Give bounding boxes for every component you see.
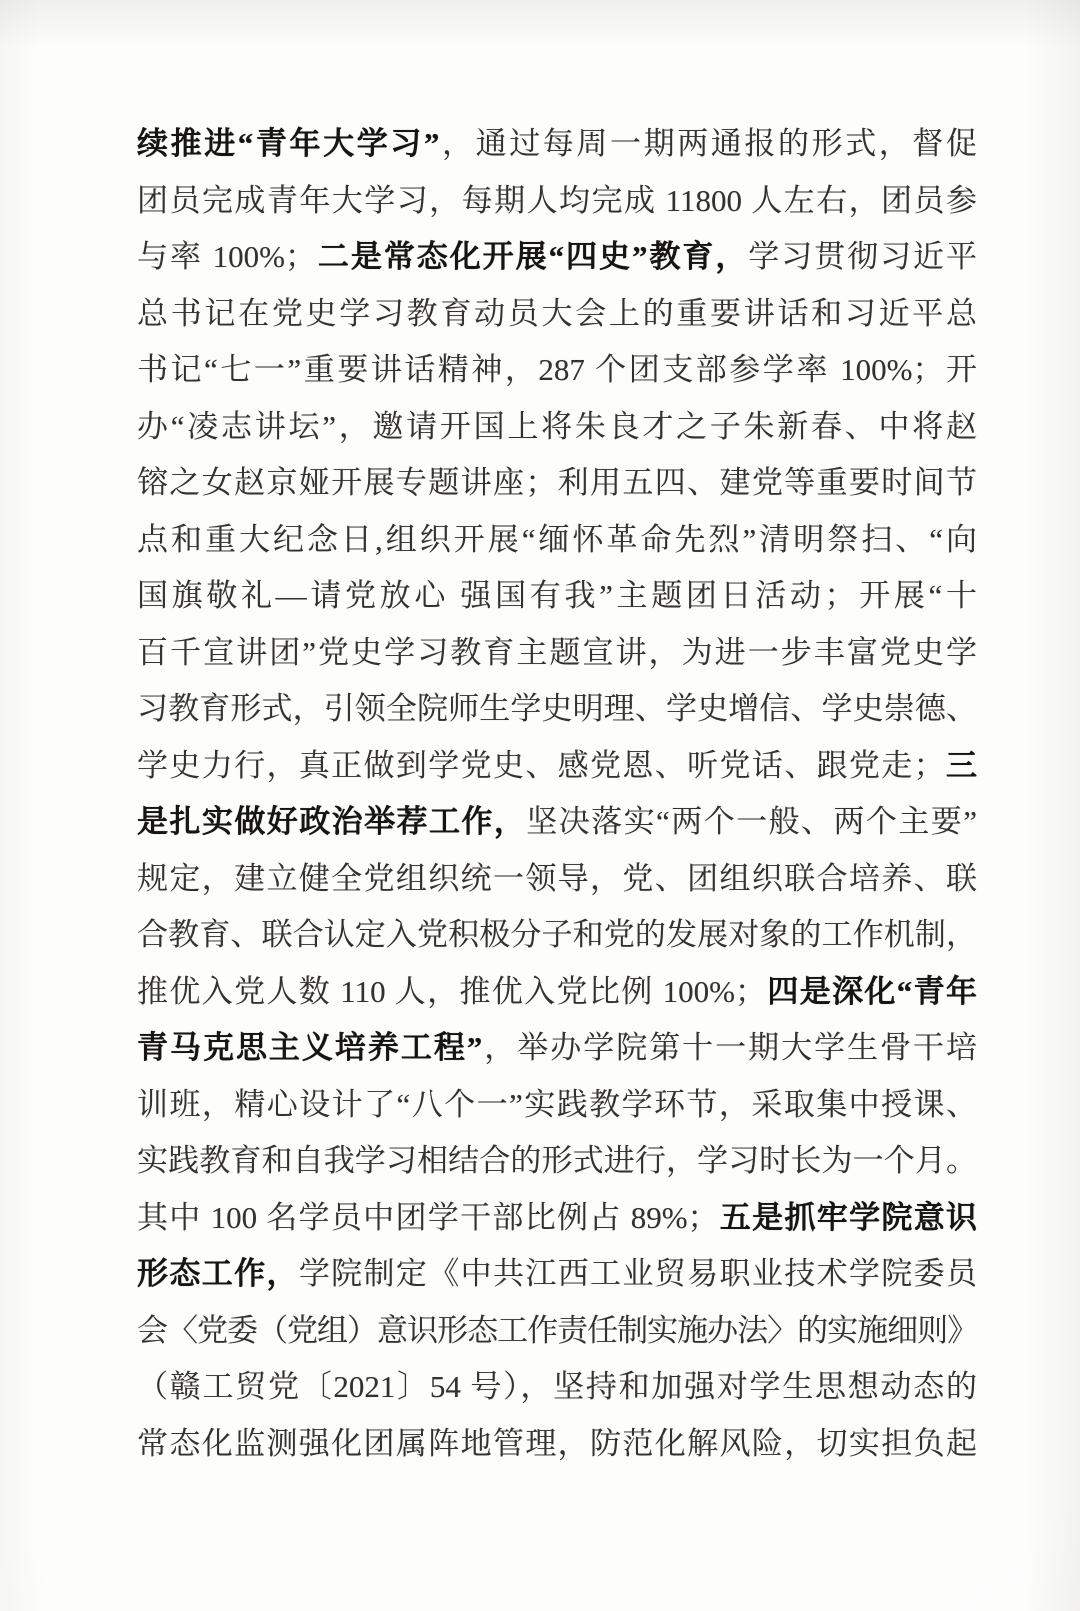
bold-text-segment: 青马克思主义培养工程” — [137, 1030, 482, 1065]
text-segment: 推优入党人数 110 人，推优入党比例 100%； — [137, 974, 766, 1009]
text-segment: 百千宣讲团”党史学习教育主题宣讲，为进一步丰富党史学 — [137, 635, 977, 670]
text-segment: 学院制定《中共江西工业贸易职业技术学院委员 — [299, 1256, 977, 1291]
text-segment: 常态化监测强化团属阵地管理，防范化解风险，切实担负起 — [137, 1426, 977, 1461]
text-line: 青马克思主义培养工程”，举办学院第十一期大学生骨干培 — [137, 1020, 977, 1077]
text-line: 会〈党委（党组）意识形态工作责任制实施办法〉的实施细则》 — [137, 1303, 977, 1360]
text-segment: 其中 100 名学员中团学干部比例占 89%； — [137, 1200, 719, 1235]
text-line: 与率 100%；二是常态化开展“四史”教育，学习贯彻习近平 — [137, 229, 977, 286]
text-segment: 办“凌志讲坛”，邀请开国上将朱良才之子朱新春、中将赵 — [137, 409, 977, 444]
text-segment: ，通过每周一期两通报的形式，督促 — [439, 126, 977, 161]
bold-text-segment: 三 — [945, 748, 977, 783]
text-line: 是扎实做好政治举荐工作，坚决落实“两个一般、两个主要” — [137, 794, 977, 851]
text-segment: （赣工贸党〔2021〕54 号），坚持和加强对学生思想动态的 — [137, 1369, 977, 1404]
bold-text-segment: 二是常态化开展“四史”教育， — [316, 239, 748, 274]
bold-text-segment: 续推进“青年大学习” — [137, 126, 439, 161]
text-line: 书记“七一”重要讲话精神，287 个团支部参学率 100%；开 — [137, 342, 977, 399]
text-segment: 镕之女赵京娅开展专题讲座；利用五四、建党等重要时间节 — [137, 465, 977, 500]
text-line: 习教育形式，引领全院师生学史明理、学史增信、学史崇德、 — [137, 681, 977, 738]
text-line: 推优入党人数 110 人，推优入党比例 100%；四是深化“青年 — [137, 964, 977, 1021]
text-line: 总书记在党史学习教育动员大会上的重要讲话和习近平总 — [137, 286, 977, 343]
text-line: 国旗敬礼—请党放心 强国有我”主题团日活动；开展“十 — [137, 568, 977, 625]
text-segment: 习教育形式，引领全院师生学史明理、学史增信、学史崇德、 — [137, 691, 977, 726]
text-line: 规定，建立健全党组织统一领导，党、团组织联合培养、联 — [137, 851, 977, 908]
text-line: 办“凌志讲坛”，邀请开国上将朱良才之子朱新春、中将赵 — [137, 399, 977, 456]
bold-text-segment: 是扎实做好政治举荐工作， — [137, 804, 526, 839]
text-segment: 训班，精心设计了“八个一”实践教学环节，采取集中授课、 — [137, 1087, 977, 1122]
bold-text-segment: 形态工作， — [137, 1256, 299, 1291]
text-segment: 规定，建立健全党组织统一领导，党、团组织联合培养、联 — [137, 861, 977, 896]
text-line: 合教育、联合认定入党积极分子和党的发展对象的工作机制， — [137, 907, 977, 964]
text-segment: 实践教育和自我学习相结合的形式进行，学习时长为一个月。 — [137, 1143, 977, 1178]
text-line: （赣工贸党〔2021〕54 号），坚持和加强对学生思想动态的 — [137, 1359, 977, 1416]
text-segment: 点和重大纪念日,组织开展“缅怀革命先烈”清明祭扫、“向 — [137, 522, 977, 557]
text-segment: 合教育、联合认定入党积极分子和党的发展对象的工作机制， — [137, 917, 977, 952]
document-page: 续推进“青年大学习”，通过每周一期两通报的形式，督促团员完成青年大学习，每期人均… — [0, 0, 1080, 1611]
text-line: 点和重大纪念日,组织开展“缅怀革命先烈”清明祭扫、“向 — [137, 512, 977, 569]
text-segment: 国旗敬礼—请党放心 强国有我”主题团日活动；开展“十 — [137, 578, 977, 613]
bold-text-segment: 五是抓牢学院意识 — [719, 1200, 977, 1235]
text-line: 常态化监测强化团属阵地管理，防范化解风险，切实担负起 — [137, 1416, 977, 1473]
text-line: 实践教育和自我学习相结合的形式进行，学习时长为一个月。 — [137, 1133, 977, 1190]
text-segment: 总书记在党史学习教育动员大会上的重要讲话和习近平总 — [137, 296, 977, 331]
bold-text-segment: 四是深化“青年 — [766, 974, 977, 1009]
text-line: 续推进“青年大学习”，通过每周一期两通报的形式，督促 — [137, 116, 977, 173]
text-segment: 与率 100%； — [137, 239, 316, 274]
text-segment: 学习贯彻习近平 — [748, 239, 977, 274]
text-segment: 坚决落实“两个一般、两个主要” — [526, 804, 977, 839]
text-line: 镕之女赵京娅开展专题讲座；利用五四、建党等重要时间节 — [137, 455, 977, 512]
text-segment: 学史力行，真正做到学党史、感党恩、听党话、跟党走； — [137, 748, 945, 783]
text-line: 团员完成青年大学习，每期人均完成 11800 人左右，团员参 — [137, 173, 977, 230]
text-segment: 团员完成青年大学习，每期人均完成 11800 人左右，团员参 — [137, 183, 977, 218]
text-line: 其中 100 名学员中团学干部比例占 89%；五是抓牢学院意识 — [137, 1190, 977, 1247]
document-body: 续推进“青年大学习”，通过每周一期两通报的形式，督促团员完成青年大学习，每期人均… — [137, 116, 977, 1472]
text-line: 百千宣讲团”党史学习教育主题宣讲，为进一步丰富党史学 — [137, 625, 977, 682]
text-segment: ，举办学院第十一期大学生骨干培 — [482, 1030, 977, 1065]
text-segment: 书记“七一”重要讲话精神，287 个团支部参学率 100%；开 — [137, 352, 977, 387]
text-segment: 会〈党委（党组）意识形态工作责任制实施办法〉的实施细则》 — [137, 1313, 977, 1348]
text-line: 形态工作，学院制定《中共江西工业贸易职业技术学院委员 — [137, 1246, 977, 1303]
text-line: 训班，精心设计了“八个一”实践教学环节，采取集中授课、 — [137, 1077, 977, 1134]
text-line: 学史力行，真正做到学党史、感党恩、听党话、跟党走；三 — [137, 738, 977, 795]
